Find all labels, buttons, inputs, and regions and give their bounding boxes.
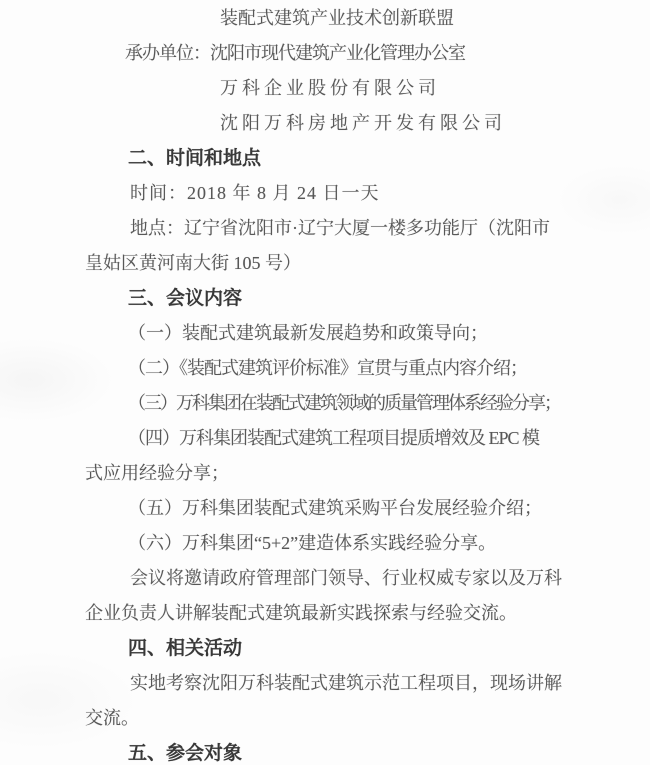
place-line-2: 皇姑区黄河南大街 105 号）	[85, 246, 650, 281]
org-line-alliance: 装配式建筑产业技术创新联盟	[220, 1, 650, 36]
time-line: 时间：2018 年 8 月 24 日一天	[130, 176, 650, 211]
organizer-line: 承办单位：沈阳市现代建筑产业化管理办公室	[125, 36, 650, 71]
place-line-1: 地点：辽宁省沈阳市·辽宁大厦一楼多功能厅（沈阳市	[130, 211, 650, 246]
document-text-block: 装配式建筑产业技术创新联盟 承办单位：沈阳市现代建筑产业化管理办公室 万科企业股…	[85, 0, 650, 765]
agenda-item-3: （三）万科集团在装配式建筑领域的质量管理体系经验分享；	[128, 386, 650, 421]
activity-line-2: 交流。	[85, 701, 650, 736]
section-heading-content: 三、会议内容	[128, 281, 650, 316]
agenda-item-6: （六）万科集团“5+2”建造体系实践经验分享。	[128, 526, 650, 561]
agenda-item-2: （二）《装配式建筑评价标准》宣贯与重点内容介绍；	[128, 351, 650, 386]
agenda-item-4-line-1: （四）万科集团装配式建筑工程项目提质增效及 EPC 模	[128, 421, 650, 456]
scanned-document-page: 装配式建筑产业技术创新联盟 承办单位：沈阳市现代建筑产业化管理办公室 万科企业股…	[0, 0, 650, 765]
org-line-vanke: 万科企业股份有限公司	[220, 71, 650, 106]
speakers-line-2: 企业负责人讲解装配式建筑最新实践探索与经验交流。	[85, 596, 650, 631]
agenda-item-4-line-2: 式应用经验分享；	[85, 456, 650, 491]
section-heading-time-place: 二、时间和地点	[128, 141, 650, 176]
agenda-item-5: （五）万科集团装配式建筑采购平台发展经验介绍；	[128, 491, 650, 526]
activity-line-1: 实地考察沈阳万科装配式建筑示范工程项目，现场讲解	[130, 666, 650, 701]
section-heading-attendees: 五、参会对象	[128, 736, 650, 765]
speakers-line-1: 会议将邀请政府管理部门领导、行业权威专家以及万科	[130, 561, 650, 596]
section-heading-activities: 四、相关活动	[128, 631, 650, 666]
agenda-item-1: （一）装配式建筑最新发展趋势和政策导向；	[128, 316, 650, 351]
org-line-shenyang-vanke: 沈阳万科房地产开发有限公司	[220, 106, 650, 141]
